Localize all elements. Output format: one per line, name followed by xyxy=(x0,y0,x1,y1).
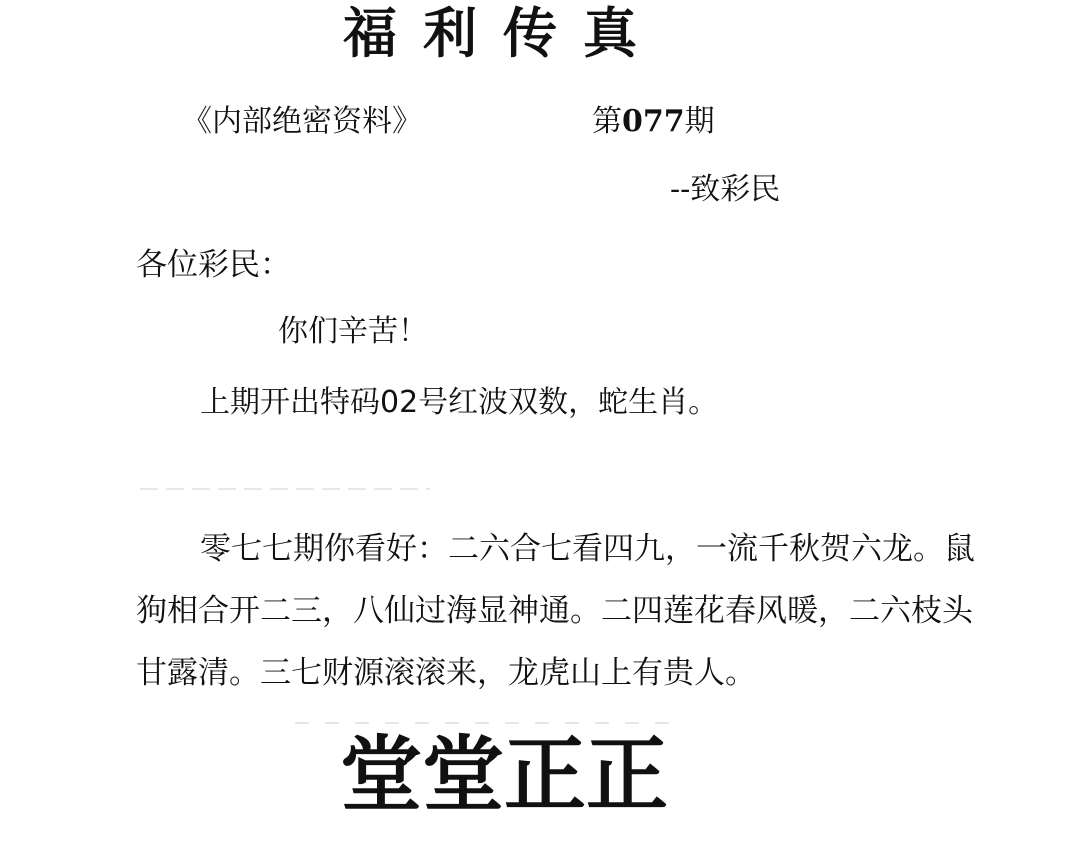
thanks-line: 你们辛苦！ xyxy=(278,312,428,352)
prediction-paragraph: 零七七期你看好：二六合七看四九，一流千秋贺六龙。鼠 狗相合开二三，八仙过海显神通… xyxy=(136,518,996,704)
last-result-line: 上期开出特码02号红波双数，蛇生肖。 xyxy=(200,382,718,424)
issue-suffix: 期 xyxy=(685,104,715,139)
issue-number: 第077期 xyxy=(592,102,715,142)
prediction-line: 甘露清。三七财源滚滚来，龙虎山上有贵人。 xyxy=(136,642,996,704)
subtitle-confidential: 《内部绝密资料》 xyxy=(182,102,422,142)
greeting: 各位彩民： xyxy=(136,245,291,285)
document-title: 福利传真 xyxy=(343,2,663,66)
scan-artifact-line xyxy=(140,488,430,490)
issue-digits: 077 xyxy=(622,104,685,139)
prediction-line: 狗相合开二三，八仙过海显神通。二四莲花春风暖，二六枝头 xyxy=(136,580,996,642)
scan-artifact-line xyxy=(295,722,675,724)
motto: 堂堂正正 xyxy=(340,725,668,825)
prediction-line: 零七七期你看好：二六合七看四九，一流千秋贺六龙。鼠 xyxy=(136,518,996,580)
issue-prefix: 第 xyxy=(592,104,622,139)
addressee-line: --致彩民 xyxy=(670,170,780,210)
